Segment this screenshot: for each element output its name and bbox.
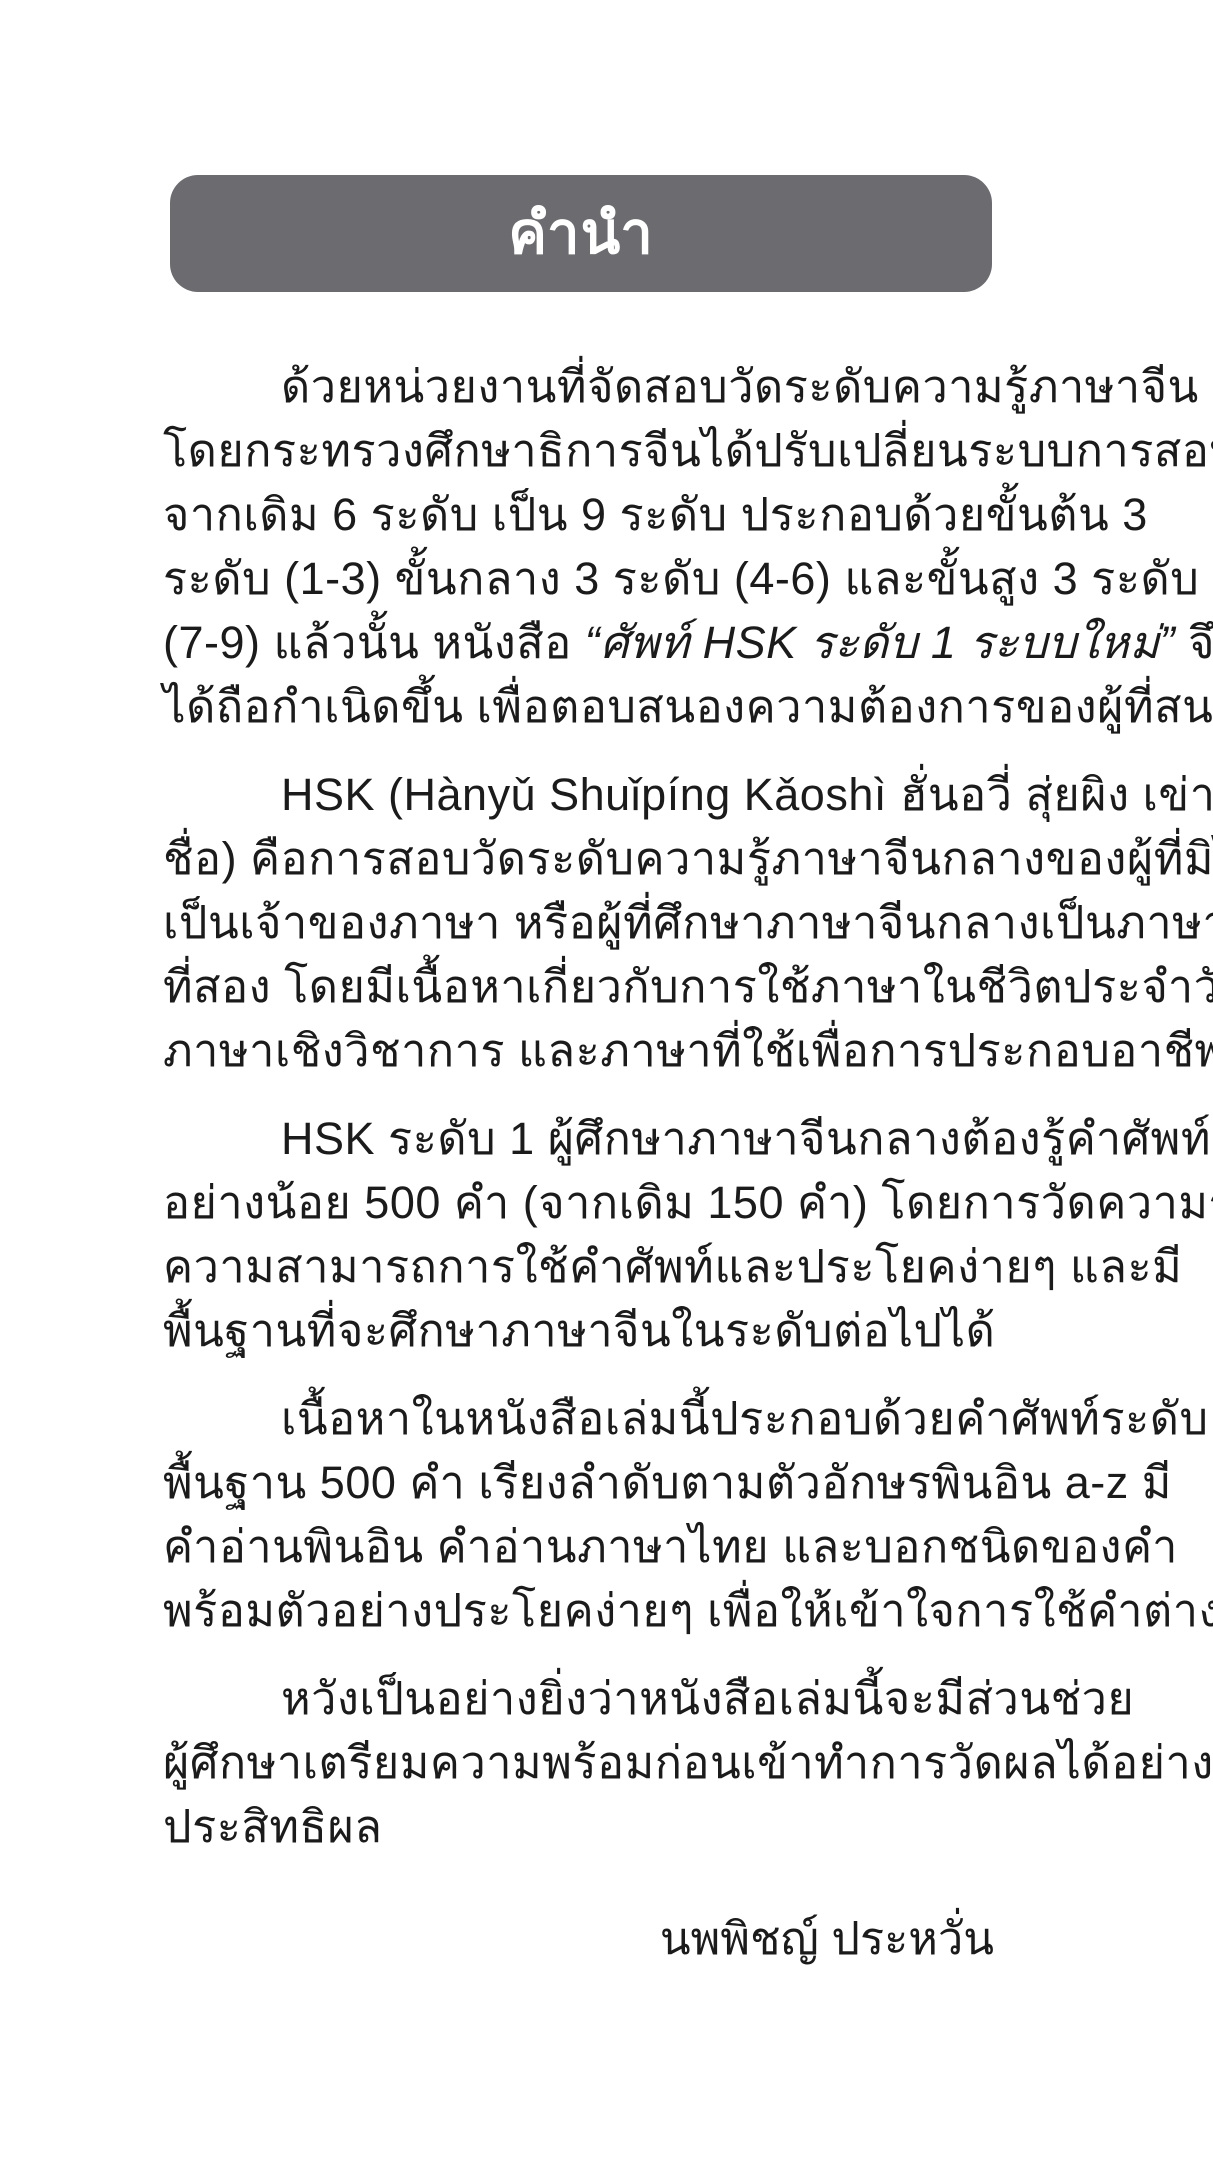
paragraph: HSK ระดับ 1 ผู้ศึกษาภาษาจีนกลางต้องรู้คำ… <box>163 1107 996 1363</box>
text-segment: ระดับ (1-3) ขั้นกลาง 3 ระดับ (4-6) และขั… <box>163 553 1199 604</box>
text-segment: ชื่อ) คือการสอบวัดระดับความรู้ภาษาจีนกลา… <box>163 833 1213 884</box>
text-segment: หวังเป็นอย่างยิ่งว่าหนังสือเล่มนี้จะมีส่… <box>281 1673 1134 1724</box>
text-line: ผู้ศึกษาเตรียมความพร้อมก่อนเข้าทำการวัดผ… <box>163 1731 996 1795</box>
text-line: ความสามารถการใช้คำศัพท์และประโยคง่ายๆ แล… <box>163 1235 996 1299</box>
text-line: อย่างน้อย 500 คำ (จากเดิม 150 คำ) โดยการ… <box>163 1171 996 1235</box>
text-segment: จากเดิม 6 ระดับ เป็น 9 ระดับ ประกอบด้วยข… <box>163 489 1148 540</box>
text-line: พื้นฐานที่จะศึกษาภาษาจีนในระดับต่อไปได้ <box>163 1299 996 1363</box>
text-line: ภาษาเชิงวิชาการ และภาษาที่ใช้เพื่อการประ… <box>163 1019 996 1083</box>
text-line: ระดับ (1-3) ขั้นกลาง 3 ระดับ (4-6) และขั… <box>163 547 996 611</box>
text-segment: อย่างน้อย 500 คำ (จากเดิม 150 คำ) โดยการ… <box>163 1177 1213 1228</box>
text-line: ชื่อ) คือการสอบวัดระดับความรู้ภาษาจีนกลา… <box>163 827 996 891</box>
text-line: ที่สอง โดยมีเนื้อหาเกี่ยวกับการใช้ภาษาใน… <box>163 955 996 1019</box>
text-segment: HSK ระดับ 1 ผู้ศึกษาภาษาจีนกลางต้องรู้คำ… <box>281 1113 1211 1164</box>
text-segment: ด้วยหน่วยงานที่จัดสอบวัดระดับความรู้ภาษา… <box>281 361 1199 412</box>
text-line: ประสิทธิผล <box>163 1795 996 1859</box>
text-segment: โดยกระทรวงศึกษาธิการจีนได้ปรับเปลี่ยนระบ… <box>163 425 1213 476</box>
text-line: (7-9) แล้วนั้น หนังสือ “ศัพท์ HSK ระดับ … <box>163 611 996 675</box>
text-segment: ประสิทธิผล <box>163 1801 382 1852</box>
text-segment: เนื้อหาในหนังสือเล่มนี้ประกอบด้วยคำศัพท์… <box>281 1393 1209 1444</box>
text-line: โดยกระทรวงศึกษาธิการจีนได้ปรับเปลี่ยนระบ… <box>163 419 996 483</box>
author-signature: นพพิชญ์ ประหวั่น <box>163 1907 996 1971</box>
book-title-italic: “ศัพท์ HSK ระดับ 1 ระบบใหม่” <box>585 617 1175 668</box>
text-line: หวังเป็นอย่างยิ่งว่าหนังสือเล่มนี้จะมีส่… <box>163 1667 996 1731</box>
text-segment: ภาษาเชิงวิชาการ และภาษาที่ใช้เพื่อการประ… <box>163 1025 1213 1076</box>
preface-body: ด้วยหน่วยงานที่จัดสอบวัดระดับความรู้ภาษา… <box>163 355 996 1971</box>
text-line: พื้นฐาน 500 คำ เรียงลำดับตามตัวอักษรพินอ… <box>163 1451 996 1515</box>
text-line: พร้อมตัวอย่างประโยคง่ายๆ เพื่อให้เข้าใจก… <box>163 1579 996 1643</box>
paragraph: HSK (Hànyǔ Shuǐpíng Kǎoshì ฮั่นอวี่ สุ่ย… <box>163 763 996 1083</box>
text-segment: ความสามารถการใช้คำศัพท์และประโยคง่ายๆ แล… <box>163 1241 1182 1292</box>
preface-title-banner: คำนำ <box>170 175 992 292</box>
text-segment: พื้นฐาน 500 คำ เรียงลำดับตามตัวอักษรพินอ… <box>163 1457 1172 1508</box>
text-segment: ผู้ศึกษาเตรียมความพร้อมก่อนเข้าทำการวัดผ… <box>163 1737 1213 1788</box>
text-segment: HSK (Hànyǔ Shuǐpíng Kǎoshì ฮั่นอวี่ สุ่ย… <box>281 769 1213 820</box>
text-segment: จึง <box>1175 617 1213 668</box>
text-segment: (7-9) แล้วนั้น หนังสือ <box>163 617 585 668</box>
paragraph-list: ด้วยหน่วยงานที่จัดสอบวัดระดับความรู้ภาษา… <box>163 355 996 1859</box>
text-line: ด้วยหน่วยงานที่จัดสอบวัดระดับความรู้ภาษา… <box>163 355 996 419</box>
text-segment: ที่สอง โดยมีเนื้อหาเกี่ยวกับการใช้ภาษาใน… <box>163 961 1213 1012</box>
text-segment: เป็นเจ้าของภาษา หรือผู้ที่ศึกษาภาษาจีนกล… <box>163 897 1213 948</box>
text-line: เป็นเจ้าของภาษา หรือผู้ที่ศึกษาภาษาจีนกล… <box>163 891 996 955</box>
paragraph: เนื้อหาในหนังสือเล่มนี้ประกอบด้วยคำศัพท์… <box>163 1387 996 1643</box>
text-line: คำอ่านพินอิน คำอ่านภาษาไทย และบอกชนิดของ… <box>163 1515 996 1579</box>
text-segment: พร้อมตัวอย่างประโยคง่ายๆ เพื่อให้เข้าใจก… <box>163 1585 1213 1636</box>
paragraph: หวังเป็นอย่างยิ่งว่าหนังสือเล่มนี้จะมีส่… <box>163 1667 996 1859</box>
page-title: คำนำ <box>508 205 654 263</box>
text-line: ได้ถือกำเนิดขึ้น เพื่อตอบสนองความต้องการ… <box>163 675 996 739</box>
text-line: เนื้อหาในหนังสือเล่มนี้ประกอบด้วยคำศัพท์… <box>163 1387 996 1451</box>
text-segment: พื้นฐานที่จะศึกษาภาษาจีนในระดับต่อไปได้ <box>163 1305 995 1356</box>
preface-page: คำนำ ด้วยหน่วยงานที่จัดสอบวัดระดับความรู… <box>0 0 1213 2177</box>
text-line: HSK (Hànyǔ Shuǐpíng Kǎoshì ฮั่นอวี่ สุ่ย… <box>163 763 996 827</box>
text-line: HSK ระดับ 1 ผู้ศึกษาภาษาจีนกลางต้องรู้คำ… <box>163 1107 996 1171</box>
text-line: จากเดิม 6 ระดับ เป็น 9 ระดับ ประกอบด้วยข… <box>163 483 996 547</box>
text-segment: ได้ถือกำเนิดขึ้น เพื่อตอบสนองความต้องการ… <box>163 681 1213 732</box>
paragraph: ด้วยหน่วยงานที่จัดสอบวัดระดับความรู้ภาษา… <box>163 355 996 739</box>
text-segment: คำอ่านพินอิน คำอ่านภาษาไทย และบอกชนิดของ… <box>163 1521 1178 1572</box>
